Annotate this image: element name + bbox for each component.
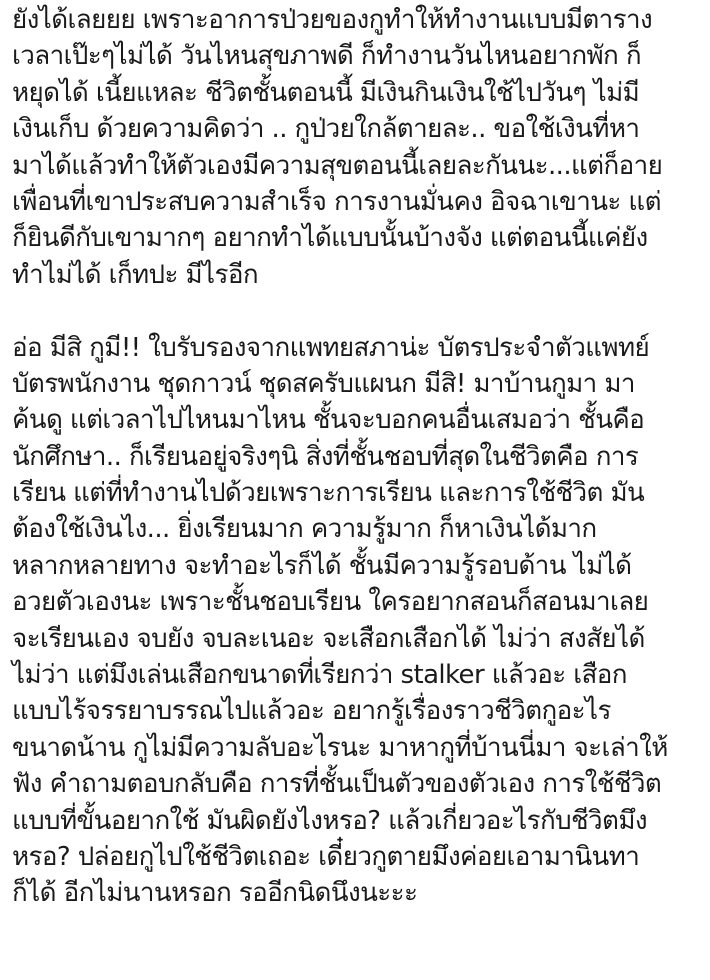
text-line: ทำไม่ได้ เก็ทปะ มีไรอีก	[12, 257, 710, 293]
text-line: เงินเก็บ ด้วยความคิดว่า .. กูป่วยใกล้ตาย…	[12, 111, 710, 147]
text-line: เพื่อนที่เขาประสบความสำเร็จ การงานมั่นคง…	[12, 184, 710, 220]
text-line: แบบที่ขั้นอยากใช้ มันผิดยังไงหรอ? แล้วเก…	[12, 803, 710, 839]
paragraph-2: อ่อ มีสิ กูมี!! ใบรับรองจากแพทยสภาน่ะ บั…	[12, 330, 710, 912]
document-body: ยังได้เลยยย เพราะอาการป่วยของกูทำให้ทำงา…	[12, 2, 710, 912]
text-line: ฟัง คำถามตอบกลับคือ การที่ชั้นเป็นตัวของ…	[12, 766, 710, 802]
paragraph-1: ยังได้เลยยย เพราะอาการป่วยของกูทำให้ทำงา…	[12, 2, 710, 293]
text-line: มาได้แล้วทำให้ตัวเองมีความสุขตอนนี้เลยละ…	[12, 148, 710, 184]
text-line: หลากหลายทาง จะทำอะไรก็ได้ ชั้นมีความรู้ร…	[12, 548, 710, 584]
text-line: บัตรพนักงาน ชุดกาวน์ ชุดสครับแผนก มีสิ! …	[12, 366, 710, 402]
text-line: ยังได้เลยยย เพราะอาการป่วยของกูทำให้ทำงา…	[12, 2, 710, 38]
text-line: หรอ? ปล่อยกูไปใช้ชีวิตเถอะ เดี๋ยวกูตายมึ…	[12, 839, 710, 875]
text-line: เวลาเป๊ะๆไม่ได้ วันไหนสุขภาพดี ก็ทำงานวั…	[12, 38, 710, 74]
text-line: ค้นดู แต่เวลาไปไหนมาไหน ชั้นจะบอกคนอื่นเ…	[12, 402, 710, 438]
text-line: จะเรียนเอง จบยัง จบละเนอะ จะเสือกเสือกได…	[12, 621, 710, 657]
text-line: หยุดได้ เนี้ยแหละ ชีวิตชั้นตอนนี้ มีเงิน…	[12, 75, 710, 111]
text-line: ต้องใช้เงินไง... ยิ่งเรียนมาก ความรู้มาก…	[12, 511, 710, 547]
text-line: ขนาดน้าน กูไม่มีความลับอะไรนะ มาหากูที่บ…	[12, 730, 710, 766]
text-line: ก็ได้ อีกไม่นานหรอก รออีกนิดนึงนะะะ	[12, 875, 710, 911]
text-line: ไม่ว่า แต่มึงเล่นเสือกขนาดที่เรียกว่า st…	[12, 657, 710, 693]
text-line: ก็ยินดีกับเขามากๆ อยากทำได้แบบนั้นบ้างจั…	[12, 220, 710, 256]
text-line: แบบไร้จรรยาบรรณไปแล้วอะ อยากรู้เรื่องราว…	[12, 693, 710, 729]
text-line: อ่อ มีสิ กูมี!! ใบรับรองจากแพทยสภาน่ะ บั…	[12, 330, 710, 366]
text-line: อวยตัวเองนะ เพราะชั้นชอบเรียน ใครอยากสอน…	[12, 584, 710, 620]
text-line: นักศึกษา.. ก็เรียนอยู่จริงๆนิ สิ่งที่ชั้…	[12, 439, 710, 475]
text-line: เรียน แต่ที่ทำงานไปด้วยเพราะการเรียน และ…	[12, 475, 710, 511]
